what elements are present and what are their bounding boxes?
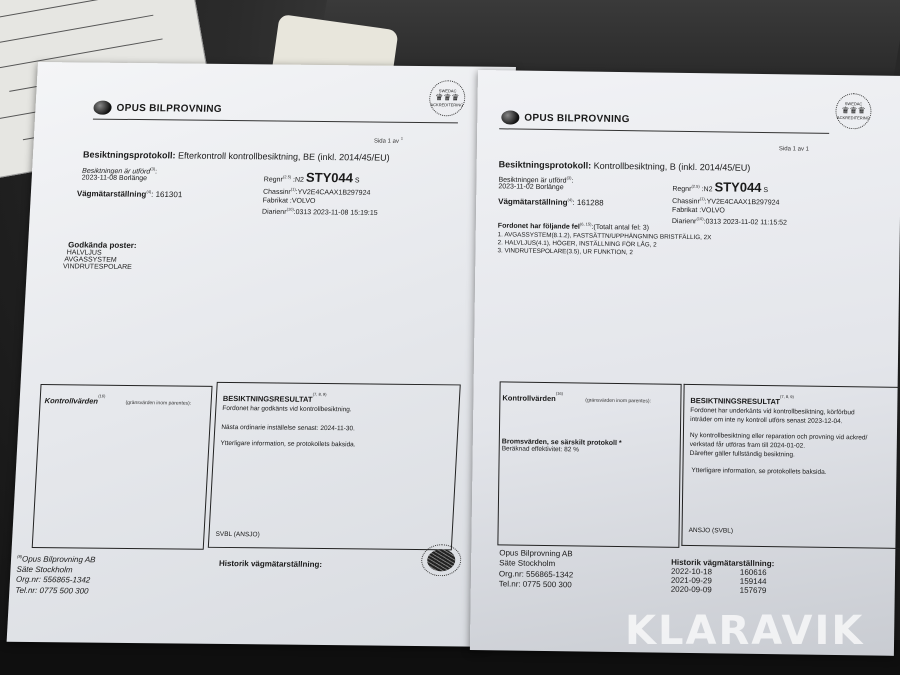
diary-value: 0313 2023-11-02 11:15:52 — [705, 218, 787, 226]
chassis-label: Chassinr — [672, 198, 700, 205]
performed-value: 2023-11-02 Borlänge — [498, 184, 573, 192]
regnr-value: STY044 — [306, 170, 354, 185]
chassis-value: YV2E4CAAX1B297924 — [297, 189, 370, 197]
regnr-sup: (2.5) — [691, 184, 699, 189]
inspection-protocol-left: OPUS BILPROVNING SWEDAC ♛♛♛ ACKREDITERIN… — [7, 62, 516, 647]
page-total: 1 — [401, 136, 404, 141]
company-seat: Säte Stockholm — [499, 559, 573, 570]
performed-sup: (3) — [567, 175, 572, 180]
regnr-row: Regnr(2.5) :N2 STY044 S — [672, 178, 787, 197]
seal-bottom-text: ACKREDITERING — [837, 116, 870, 121]
control-values-sup: (16) — [556, 391, 563, 396]
page-label: Sida — [374, 139, 386, 145]
approved-item: VINDRUTESPOLARE — [63, 263, 136, 271]
diary-sup: (10) — [696, 216, 703, 221]
result-line: Fordonet har godkänts vid kontrollbesikt… — [222, 405, 352, 415]
opus-logo: OPUS BILPROVNING — [93, 101, 222, 116]
odometer-history-title: Historik vägmätarställning: — [219, 559, 323, 569]
logo-text: OPUS BILPROVNING — [116, 102, 222, 114]
protocol-type: Efterkontroll kontrollbesiktning, BE (in… — [178, 150, 390, 162]
opus-globe-icon — [501, 110, 519, 124]
result-sup: (7, 8, 9) — [313, 392, 327, 397]
odometer-value: 161301 — [155, 190, 182, 199]
diary-row: Diarienr(10):0313 2023-11-08 15:19:15 — [262, 206, 378, 218]
chassis-sup: (1) — [291, 186, 296, 191]
chassis-value: YV2E4CAAX1B297924 — [707, 198, 780, 206]
diary-sup: (10) — [287, 206, 294, 211]
regnr-prefix: N2 — [704, 186, 713, 193]
page-sep: av — [392, 139, 399, 145]
inspection-result-box: BESIKTNINGSRESULTAT(7, 8, 9) Fordonet ha… — [208, 382, 461, 550]
defects-sup: (6, 15) — [580, 221, 592, 226]
defects-total: :(Totalt antal fel: 3) — [591, 224, 649, 232]
klaravik-watermark: KLARAVIK — [625, 608, 864, 654]
page-current: 1 — [387, 139, 391, 145]
vehicle-info: Regnr(2.5) :N2 STY044 S Chassinr(1):YV2E… — [262, 168, 380, 218]
chassis-sup: (1) — [700, 196, 705, 201]
vehicle-info: Regnr(2.5) :N2 STY044 S Chassinr(1):YV2E… — [672, 178, 788, 228]
result-line: Nästa ordinarie inställelse senast: 2024… — [221, 424, 355, 434]
header-rule — [93, 119, 458, 124]
control-values-title: Kontrollvärden — [44, 396, 98, 406]
defects-title: Fordonet har följande fel — [498, 223, 580, 231]
performed-block: Besiktningen är utförd(3): 2023-11-02 Bo… — [498, 174, 573, 191]
regnr-label: Regnr — [672, 186, 691, 193]
result-line: inträder om inte ny kontroll utförs sena… — [690, 416, 843, 427]
result-title: BESIKTNINGSRESULTAT — [223, 394, 313, 404]
page-number: Sida 1 av 1 — [779, 146, 809, 152]
odometer-label: Vägmätarställning — [77, 189, 147, 199]
odometer-block: Vägmätarställning(4): 161301 — [77, 188, 183, 199]
protocol-title: Besiktningsprotokoll: Kontrollbesiktning… — [499, 159, 751, 173]
seal-globe-icon — [427, 549, 456, 571]
control-values-box: Kontrollvärden(16) (gränsvärden inom par… — [32, 384, 213, 550]
protocol-title: Besiktningsprotokoll: Efterkontroll kont… — [83, 149, 390, 162]
odometer-sup: (4) — [568, 197, 573, 202]
odometer-sup: (4) — [146, 189, 151, 194]
swedac-seal: SWEDAC ♛♛♛ ACKREDITERING — [835, 93, 871, 129]
regnr-suffix: S — [763, 187, 768, 194]
protocol-label: Besiktningsprotokoll: — [499, 159, 592, 170]
control-values-sup: (16) — [98, 393, 105, 398]
diary-value: 0313 2023-11-08 15:19:15 — [295, 209, 377, 217]
company-info: (8)Opus Bilprovning AB Säte Stockholm Or… — [15, 554, 96, 597]
odometer-value: 161288 — [577, 198, 604, 207]
diary-label: Diarienr — [262, 208, 287, 215]
inspection-protocol-right: OPUS BILPROVNING SWEDAC ♛♛♛ ACKREDITERIN… — [470, 70, 900, 656]
brake-values: Bromsvärden, se särskilt protokoll * Ber… — [502, 438, 622, 454]
page-total: 1 — [806, 147, 809, 153]
control-values-header: Kontrollvärden(16) (gränsvärden inom par… — [44, 390, 191, 410]
inspection-result-box: BESIKTNINGSRESULTAT(7, 8, 9) Fordonet ha… — [681, 384, 900, 549]
result-line: Därefter gäller fullständig besiktning. — [690, 450, 795, 460]
history-date: 2020-09-09 — [671, 585, 712, 595]
history-odometer: 157679 — [740, 586, 767, 595]
control-values-header: Kontrollvärden(16) (gränsvärden inom par… — [502, 387, 651, 407]
result-line: Ytterligare information, se protokollets… — [691, 467, 826, 478]
control-values-title: Kontrollvärden — [502, 393, 555, 403]
regnr-suffix: S — [355, 177, 360, 184]
control-values-hint: (gränsvärden inom parentes): — [125, 400, 191, 407]
make-label: Fabrikat — [672, 207, 697, 214]
page-sep: av — [798, 146, 804, 152]
page-label: Sida — [779, 146, 791, 152]
quality-seal-icon — [420, 544, 462, 576]
performed-block: Besiktningen är utförd(3): 2023-11-08 Bo… — [82, 165, 158, 182]
regnr-prefix: N2 — [295, 177, 304, 184]
make-value: VOLVO — [701, 207, 725, 214]
history-row: 2020-09-09 157679 — [671, 585, 774, 595]
result-title: BESIKTNINGSRESULTAT — [690, 396, 780, 406]
control-values-hint: (gränsvärden inom parentes): — [585, 398, 651, 405]
header-rule — [499, 128, 829, 134]
history-odometer: 160616 — [740, 568, 767, 577]
company-phone: Tel.nr: 0775 500 300 — [499, 580, 573, 591]
defect-item: 3. VINDRUTESPOLARE(3.5), UR FUNKTION, 2 — [497, 247, 711, 258]
company-name: Opus Bilprovning AB — [22, 555, 96, 565]
odometer-block: Vägmätarställning(4): 161288 — [498, 196, 604, 207]
chassis-label: Chassinr — [263, 188, 291, 195]
opus-globe-icon — [93, 101, 112, 115]
opus-logo: OPUS BILPROVNING — [501, 110, 630, 126]
history-odometer: 159144 — [740, 577, 767, 586]
protocol-label: Besiktningsprotokoll: — [83, 149, 176, 160]
regnr-sup: (2.5) — [283, 174, 292, 179]
page-current: 1 — [793, 146, 796, 152]
result-sup: (7, 8, 9) — [780, 394, 794, 399]
control-values-box: Kontrollvärden(16) (gränsvärden inom par… — [497, 381, 681, 548]
performed-sup: (3) — [150, 166, 155, 171]
regnr-label: Regnr — [264, 176, 283, 183]
logo-text: OPUS BILPROVNING — [524, 112, 630, 124]
approved-items: Godkända poster: HALVLJUS AVGASSYSTEM VI… — [67, 240, 137, 271]
odometer-label: Vägmätarställning — [498, 197, 567, 207]
defects-list: Fordonet har följande fel(6, 15):(Totalt… — [497, 220, 711, 258]
inspector-signature: SVBL (ANSJO) — [215, 531, 260, 540]
performed-value: 2023-11-08 Borlänge — [82, 175, 157, 183]
page-number: Sida 1 av 1 — [374, 136, 403, 145]
regnr-row: Regnr(2.5) :N2 STY044 S — [263, 168, 380, 187]
company-phone: Tel.nr: 0775 500 300 — [15, 586, 94, 597]
swedac-seal: SWEDAC ♛♛♛ ACKREDITERING — [428, 80, 466, 116]
inspector-signature: ANSJO (SVBL) — [689, 527, 734, 536]
company-info: Opus Bilprovning AB Säte Stockholm Org.n… — [499, 548, 574, 591]
make-value: VOLVO — [292, 198, 316, 205]
regnr-value: STY044 — [714, 179, 761, 195]
protocol-type: Kontrollbesiktning, B (inkl. 2014/45/EU) — [594, 161, 751, 173]
result-line: Ytterligare information, se protokollets… — [220, 440, 356, 450]
make-label: Fabrikat — [262, 198, 288, 205]
odometer-history: Historik vägmätarställning: 2022-10-18 1… — [671, 558, 775, 595]
company-org-nr: Org.nr: 556865-1342 — [16, 575, 95, 586]
seal-bottom-text: ACKREDITERING — [430, 103, 463, 108]
